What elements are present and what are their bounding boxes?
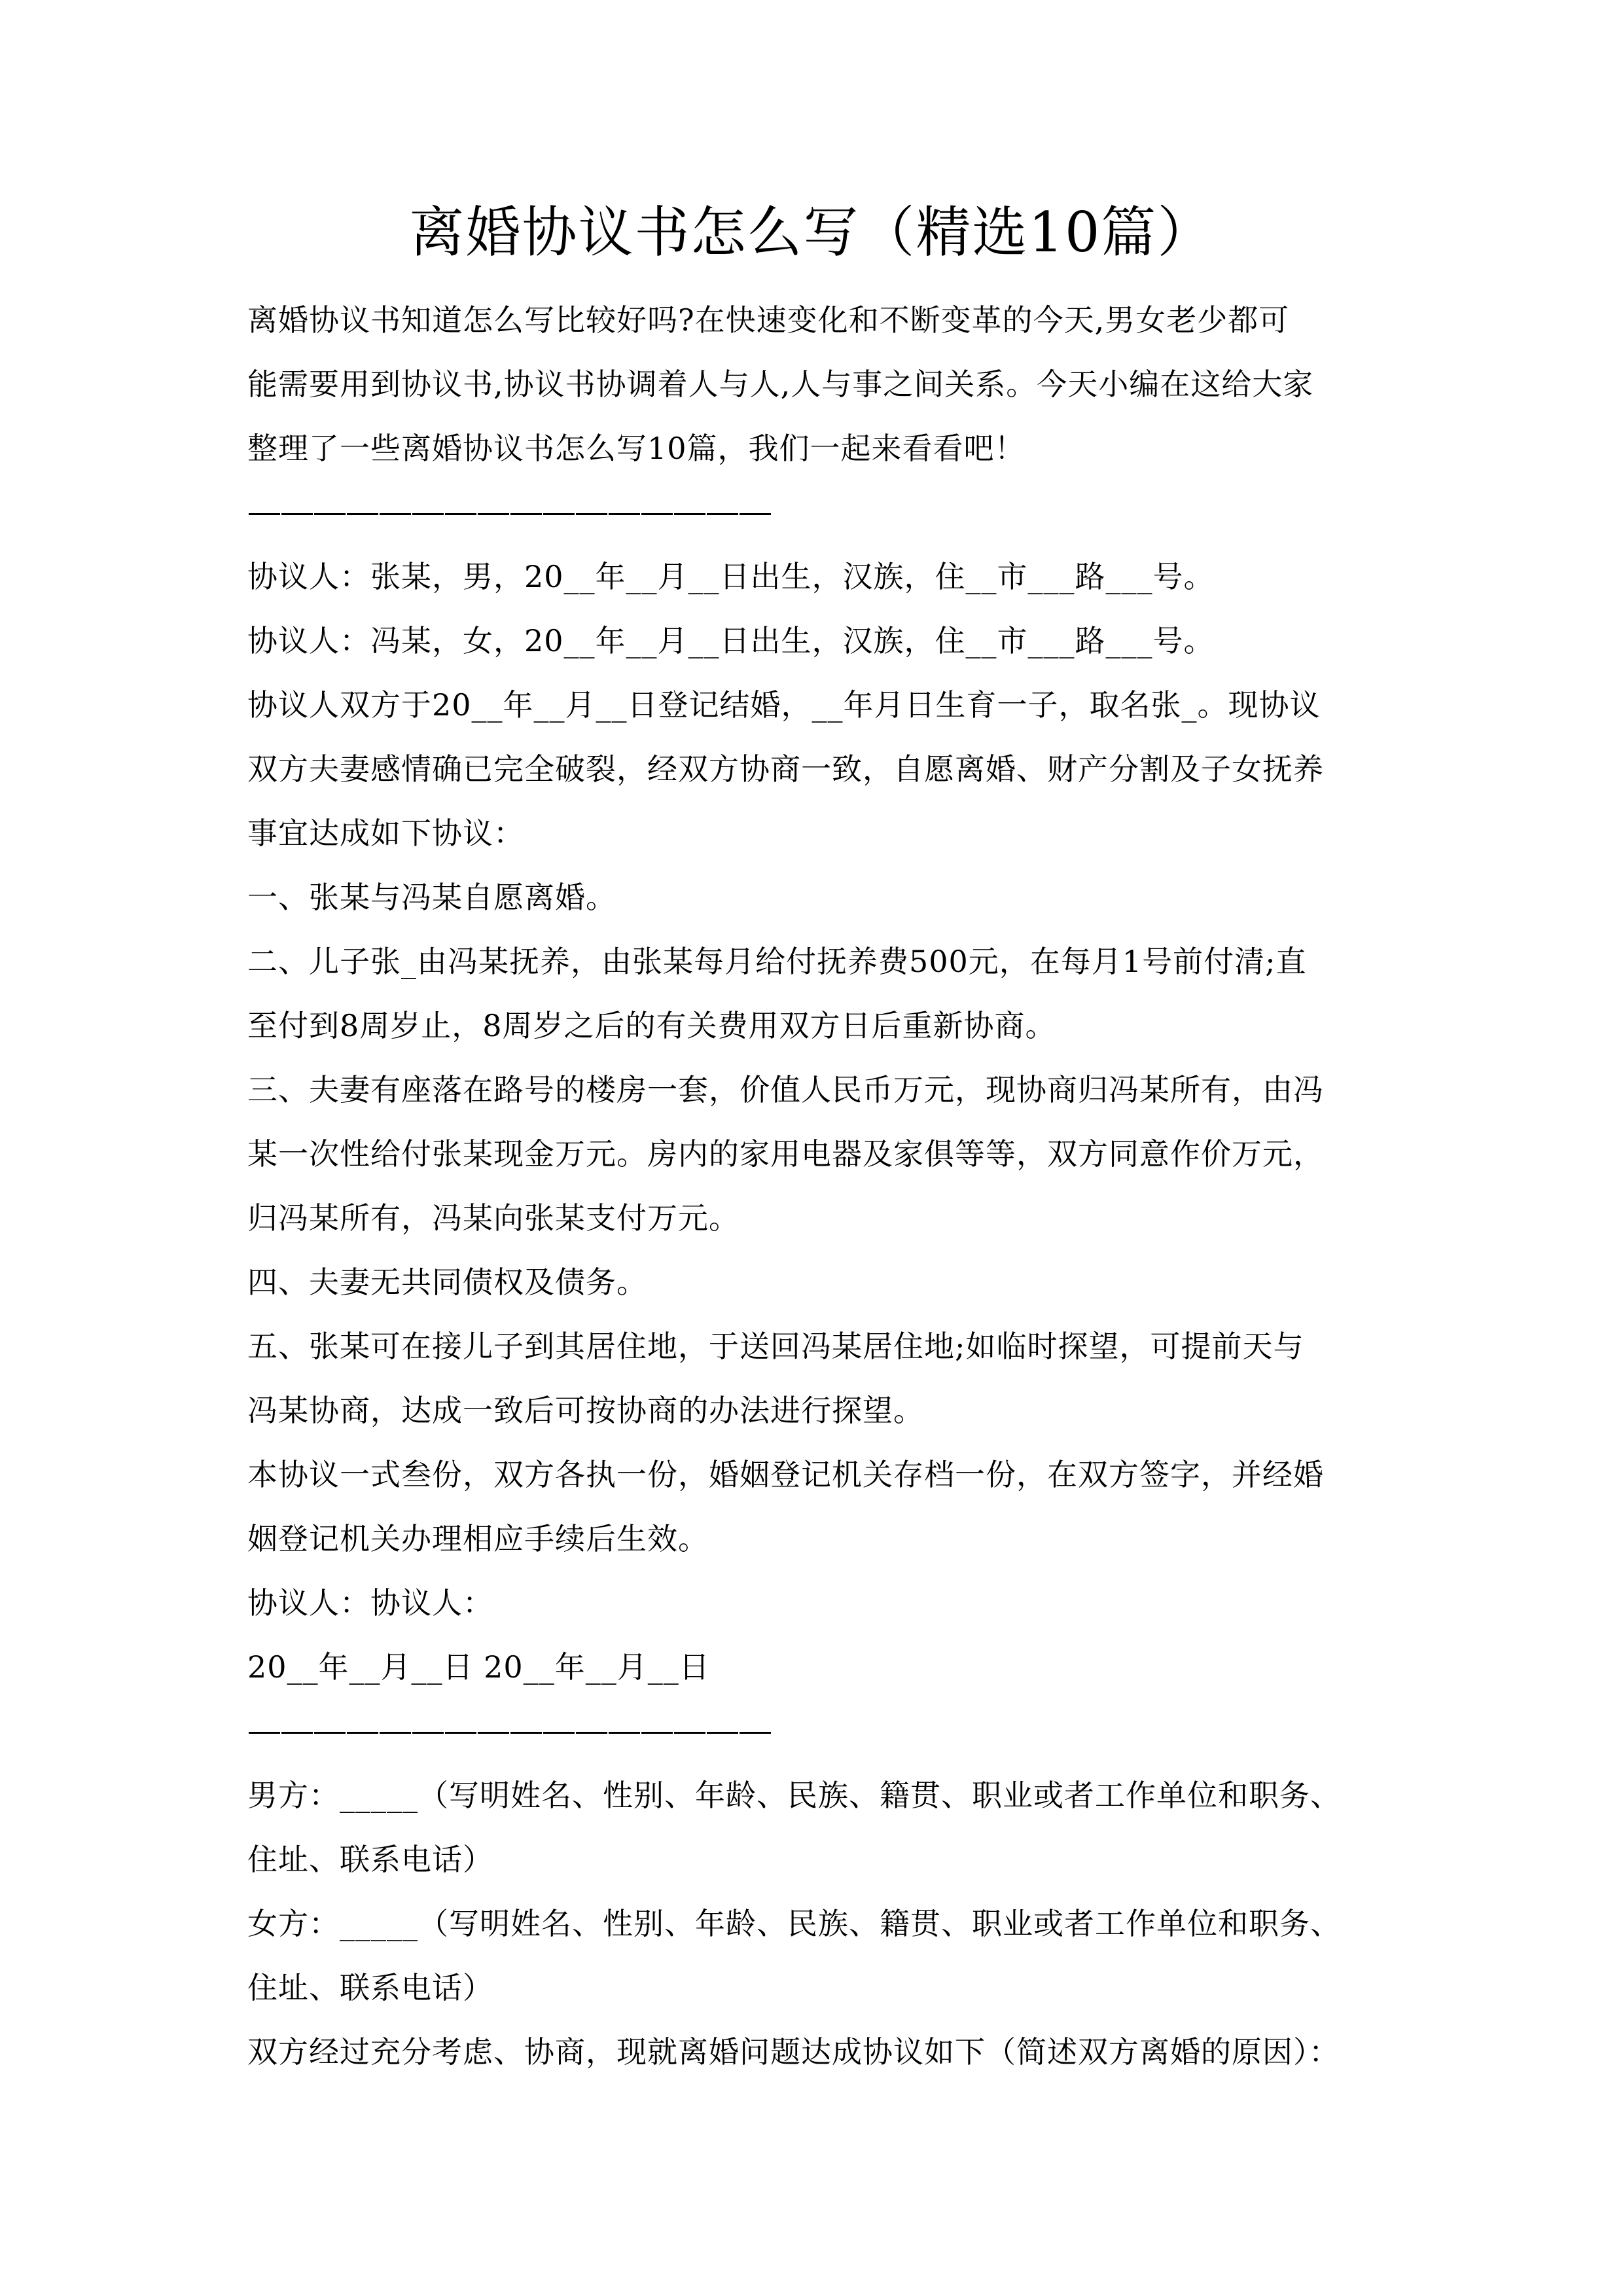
text-line: 归冯某所有，冯某向张某支付万元。 bbox=[247, 1186, 1419, 1250]
document-body: 离婚协议书知道怎么写比较好吗?在快速变化和不断变革的今天,男女老少都可 能需要用… bbox=[247, 288, 1419, 2084]
text-line: 至付到8周岁止，8周岁之后的有关费用双方日后重新协商。 bbox=[247, 994, 1419, 1058]
clause-4: 四、夫妻无共同债权及债务。 bbox=[247, 1250, 1419, 1314]
text-line: 事宜达成如下协议： bbox=[247, 801, 1419, 865]
statement-line: 双方经过充分考虑、协商，现就离婚问题达成协议如下（简述双方离婚的原因）： bbox=[247, 2020, 1419, 2084]
text-line: 整理了一些离婚协议书怎么写10篇，我们一起来看看吧！ bbox=[247, 416, 1419, 480]
text-line: 一、张某与冯某自愿离婚。 bbox=[247, 865, 1419, 929]
date-line: 20__年__月__日 20__年__月__日 bbox=[247, 1635, 1419, 1699]
intro-paragraph: 离婚协议书知道怎么写比较好吗?在快速变化和不断变革的今天,男女老少都可 能需要用… bbox=[247, 288, 1419, 480]
female-party-paragraph: 女方：_____（写明姓名、性别、年龄、民族、籍贯、职业或者工作单位和职务、 住… bbox=[247, 1892, 1419, 2020]
signature-line: 协议人：协议人： bbox=[247, 1571, 1419, 1635]
text-line: 五、张某可在接儿子到其居住地，于送回冯某居住地;如临时探望，可提前天与 bbox=[247, 1314, 1419, 1378]
section-separator bbox=[247, 480, 1419, 545]
text-line: 某一次性给付张某现金万元。房内的家用电器及家俱等等，双方同意作价万元， bbox=[247, 1122, 1419, 1186]
dash-rule bbox=[249, 513, 772, 515]
text-line: 女方：_____（写明姓名、性别、年龄、民族、籍贯、职业或者工作单位和职务、 bbox=[247, 1892, 1419, 1956]
text-line: 姻登记机关办理相应手续后生效。 bbox=[247, 1507, 1419, 1571]
text-line: 四、夫妻无共同债权及债务。 bbox=[247, 1250, 1419, 1314]
male-party-paragraph: 男方：_____（写明姓名、性别、年龄、民族、籍贯、职业或者工作单位和职务、 住… bbox=[247, 1763, 1419, 1892]
party-line-male: 协议人：张某，男，20__年__月__日出生，汉族，住__市___路___号。 bbox=[247, 545, 1419, 609]
clause-2: 二、儿子张_由冯某抚养，由张某每月给付抚养费500元，在每月1号前付清;直 至付… bbox=[247, 929, 1419, 1058]
preamble-paragraph: 协议人双方于20__年__月__日登记结婚，__年月日生育一子，取名张_。现协议… bbox=[247, 673, 1419, 865]
text-line: 双方夫妻感情确已完全破裂，经双方协商一致，自愿离婚、财产分割及子女抚养 bbox=[247, 737, 1419, 801]
text-line: 住址、联系电话） bbox=[247, 1827, 1419, 1892]
agreement-section-2: 男方：_____（写明姓名、性别、年龄、民族、籍贯、职业或者工作单位和职务、 住… bbox=[247, 1763, 1419, 2084]
text-line: 冯某协商，达成一致后可按协商的办法进行探望。 bbox=[247, 1378, 1419, 1443]
party-line-female: 协议人：冯某，女，20__年__月__日出生，汉族，住__市___路___号。 bbox=[247, 609, 1419, 673]
clause-5: 五、张某可在接儿子到其居住地，于送回冯某居住地;如临时探望，可提前天与 冯某协商… bbox=[247, 1314, 1419, 1443]
text-line: 离婚协议书知道怎么写比较好吗?在快速变化和不断变革的今天,男女老少都可 bbox=[247, 288, 1419, 352]
clause-1: 一、张某与冯某自愿离婚。 bbox=[247, 865, 1419, 929]
text-line: 男方：_____（写明姓名、性别、年龄、民族、籍贯、职业或者工作单位和职务、 bbox=[247, 1763, 1419, 1827]
text-line: 协议人双方于20__年__月__日登记结婚，__年月日生育一子，取名张_。现协议 bbox=[247, 673, 1419, 737]
text-line: 本协议一式叁份，双方各执一份，婚姻登记机关存档一份，在双方签字，并经婚 bbox=[247, 1443, 1419, 1507]
clause-3: 三、夫妻有座落在路号的楼房一套，价值人民币万元，现协商归冯某所有，由冯 某一次性… bbox=[247, 1058, 1419, 1250]
text-line: 二、儿子张_由冯某抚养，由张某每月给付抚养费500元，在每月1号前付清;直 bbox=[247, 929, 1419, 994]
agreement-section-1: 协议人：张某，男，20__年__月__日出生，汉族，住__市___路___号。 … bbox=[247, 545, 1419, 1699]
document-page: 离婚协议书怎么写（精选10篇） 离婚协议书知道怎么写比较好吗?在快速变化和不断变… bbox=[0, 0, 1623, 2296]
text-line: 能需要用到协议书,协议书协调着人与人,人与事之间关系。今天小编在这给大家 bbox=[247, 352, 1419, 416]
dash-rule bbox=[249, 1732, 772, 1734]
text-line: 住址、联系电话） bbox=[247, 1956, 1419, 2020]
text-line: 三、夫妻有座落在路号的楼房一套，价值人民币万元，现协商归冯某所有，由冯 bbox=[247, 1058, 1419, 1122]
section-separator bbox=[247, 1699, 1419, 1763]
closing-paragraph: 本协议一式叁份，双方各执一份，婚姻登记机关存档一份，在双方签字，并经婚 姻登记机… bbox=[247, 1443, 1419, 1571]
document-title: 离婚协议书怎么写（精选10篇） bbox=[0, 196, 1623, 268]
